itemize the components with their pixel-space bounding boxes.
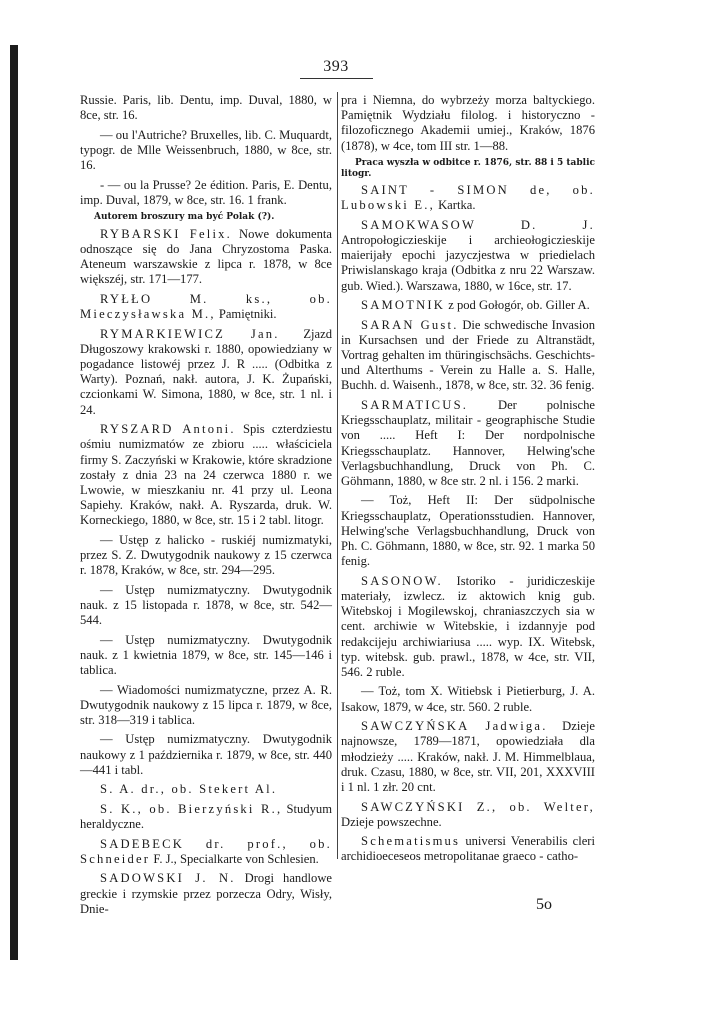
- bibliography-entry: SARMATICUS. Der polnische Kriegsschaupla…: [341, 398, 595, 489]
- entry-text: Pamiętniki.: [216, 307, 277, 321]
- bibliography-entry: - — ou la Prusse? 2e édition. Paris, E. …: [80, 178, 332, 208]
- entry-heading: RYSZARD Antoni.: [100, 422, 236, 436]
- bibliography-entry: Russie. Paris, lib. Dentu, imp. Duval, 1…: [80, 93, 332, 123]
- entry-heading: S. A. dr., ob. Stekert Al.: [100, 782, 277, 796]
- left-column: Russie. Paris, lib. Dentu, imp. Duval, 1…: [80, 93, 332, 921]
- right-column: pra i Niemna, do wybrzeży morza baltycki…: [341, 93, 595, 869]
- bibliography-entry: RYSZARD Antoni. Spis czterdziestu ośmiu …: [80, 422, 332, 528]
- page-number-top: 393: [300, 58, 372, 76]
- entry-text: Spis czterdziestu ośmiu numizmatów ze zb…: [80, 422, 332, 527]
- entry-text: — Toż, Heft II: Der südpolnische Kriegss…: [341, 493, 595, 568]
- entry-heading: SARAN Gust.: [361, 318, 459, 332]
- bibliography-entry: — Ustęp numizmatyczny. Dwutygodnik nauk.…: [80, 633, 332, 679]
- entry-text: — Ustęp numizmatyczny. Dwutygodnik nauk.…: [80, 633, 332, 677]
- entry-text: — ou l'Autriche? Bruxelles, lib. C. Muqu…: [80, 128, 332, 172]
- bibliography-entry: — ou l'Autriche? Bruxelles, lib. C. Muqu…: [80, 128, 332, 174]
- page-number-bottom: 5o: [536, 896, 552, 914]
- footnote: Praca wyszła w odbitce r. 1876, str. 88 …: [341, 158, 595, 179]
- bibliography-entry: — Ustęp z halicko - ruskiéj numizmatyki,…: [80, 533, 332, 579]
- bibliography-entry: — Toż, tom X. Witiebsk i Pietierburg, J.…: [341, 684, 595, 714]
- entry-heading: SADOWSKI J. N.: [100, 871, 236, 885]
- entry-text: pra i Niemna, do wybrzeży morza baltycki…: [341, 93, 595, 153]
- entry-text: — Wiadomości numizmatyczne, przez A. R. …: [80, 683, 332, 727]
- entry-text: — Ustęp numizmatyczny. Dwutygodnik nauk.…: [80, 583, 332, 627]
- bibliography-entry: RYŁŁO M. ks., ob. Mieczysławska M., Pami…: [80, 292, 332, 322]
- entry-heading: SAMOKWASOW D. J.: [361, 218, 595, 232]
- entry-text: Kartka.: [435, 198, 476, 212]
- entry-text: Antropołogiczieskije i archieołogicziesk…: [341, 233, 595, 293]
- bibliography-entry: — Ustęp numizmatyczny. Dwutygodnik nauko…: [80, 732, 332, 778]
- bibliography-entry: Schematismus universi Venerabilis cleri …: [341, 834, 595, 864]
- entry-text: F. J., Specialkarte von Schlesien.: [150, 852, 319, 866]
- bibliography-entry: — Wiadomości numizmatyczne, przez A. R. …: [80, 683, 332, 729]
- entry-heading: SAWCZYŃSKA Jadwiga.: [361, 719, 548, 733]
- bibliography-entry: SAMOTNIK z pod Gołogór, ob. Giller A.: [341, 298, 595, 313]
- bibliography-entry: pra i Niemna, do wybrzeży morza baltycki…: [341, 93, 595, 154]
- column-divider: [337, 92, 338, 859]
- entry-text: Dzieje powszechne.: [341, 815, 442, 829]
- bibliography-entry: SADEBECK dr. prof., ob. Schneider F. J.,…: [80, 837, 332, 867]
- bibliography-entry: SAINT - SIMON de, ob. Lubowski E., Kartk…: [341, 183, 595, 213]
- entry-heading: RYŁŁO M. ks., ob. Mieczysławska M.,: [80, 292, 332, 321]
- entry-text: Russie. Paris, lib. Dentu, imp. Duval, 1…: [80, 93, 332, 122]
- entry-heading: RYMARKIEWICZ Jan.: [100, 327, 280, 341]
- bibliography-entry: SARAN Gust. Die schwedische Invasion in …: [341, 318, 595, 394]
- bibliography-entry: S. A. dr., ob. Stekert Al.: [80, 782, 332, 797]
- entry-text: Istoriko - juridiczeskije materiały, izw…: [341, 574, 595, 679]
- entry-text: - — ou la Prusse? 2e édition. Paris, E. …: [80, 178, 332, 207]
- bibliography-entry: SAWCZYŃSKA Jadwiga. Dzieje najnowsze, 17…: [341, 719, 595, 795]
- entry-heading: SASONOW.: [361, 574, 443, 588]
- bibliography-entry: S. K., ob. Bierzyński R., Studyum herald…: [80, 802, 332, 832]
- entry-heading: Schematismus: [361, 834, 460, 848]
- entry-text: z pod Gołogór, ob. Giller A.: [445, 298, 590, 312]
- page-binding-edge: [10, 45, 18, 960]
- bibliography-entry: SASONOW. Istoriko - juridiczeskije mater…: [341, 574, 595, 680]
- bibliography-entry: SADOWSKI J. N. Drogi handlowe greckie i …: [80, 871, 332, 917]
- entry-heading: S. K., ob. Bierzyński R.,: [100, 802, 282, 816]
- entry-heading: SAWCZYŃSKI Z., ob. Welter,: [361, 800, 595, 814]
- bibliography-entry: — Toż, Heft II: Der südpolnische Kriegss…: [341, 493, 595, 569]
- entry-heading: RYBARSKI Felix.: [100, 227, 232, 241]
- header-rule: [300, 78, 373, 79]
- entry-text: — Ustęp z halicko - ruskiéj numizmatyki,…: [80, 533, 332, 577]
- entry-text: — Toż, tom X. Witiebsk i Pietierburg, J.…: [341, 684, 595, 713]
- entry-heading: SARMATICUS.: [361, 398, 468, 412]
- entry-text: — Ustęp numizmatyczny. Dwutygodnik nauko…: [80, 732, 332, 776]
- footnote: Autorem broszury ma być Polak (?).: [80, 212, 332, 223]
- entry-heading: SAMOTNIK: [361, 298, 445, 312]
- bibliography-entry: RYMARKIEWICZ Jan. Zjazd Długoszowy krako…: [80, 327, 332, 418]
- bibliography-entry: — Ustęp numizmatyczny. Dwutygodnik nauk.…: [80, 583, 332, 629]
- bibliography-entry: SAMOKWASOW D. J. Antropołogiczieskije i …: [341, 218, 595, 294]
- bibliography-entry: SAWCZYŃSKI Z., ob. Welter, Dzieje powsze…: [341, 800, 595, 830]
- bibliography-entry: RYBARSKI Felix. Nowe dokumenta odnoszące…: [80, 227, 332, 288]
